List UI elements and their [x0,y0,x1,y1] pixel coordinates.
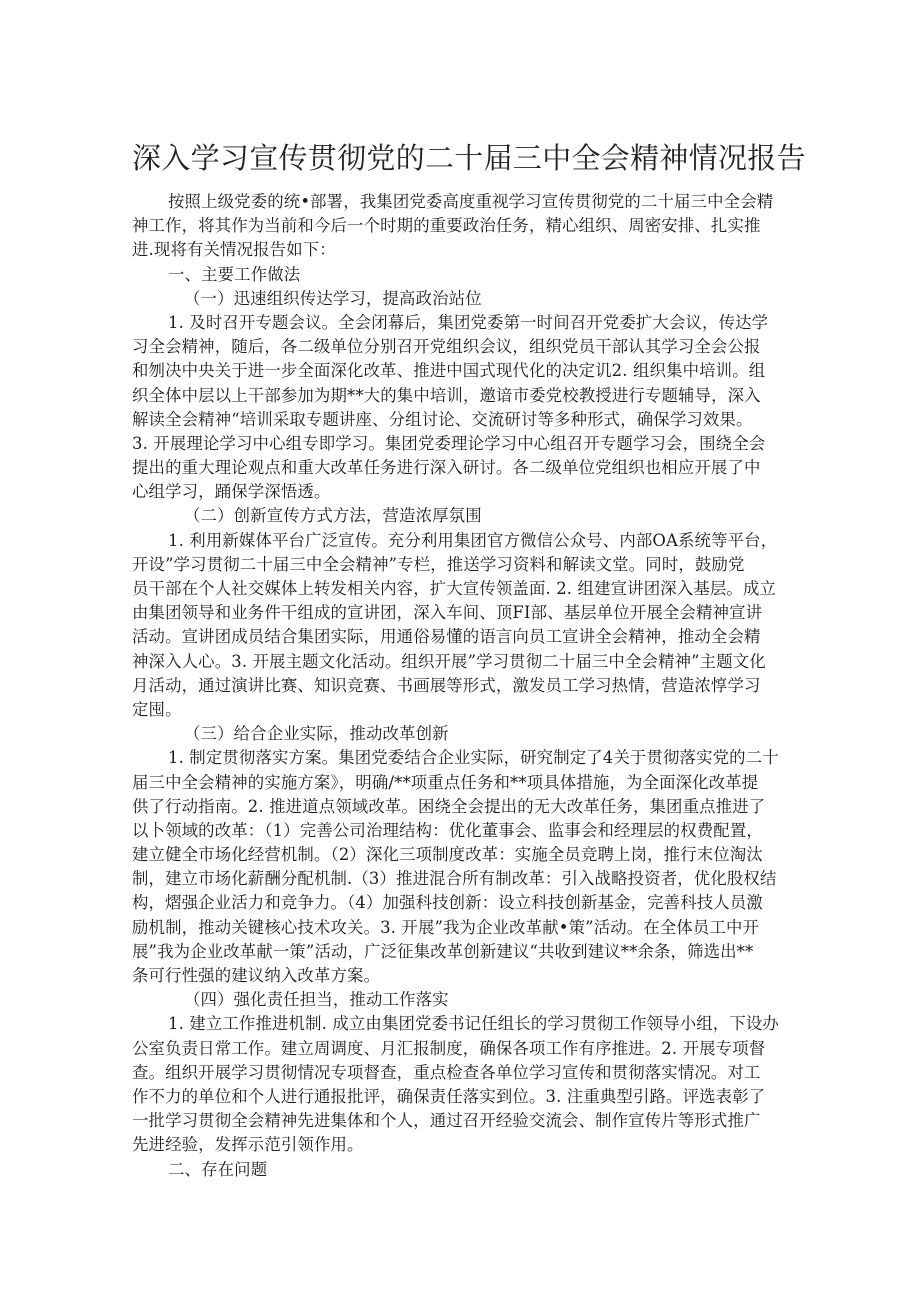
text-line: 活动。宣讲团成员结合集团实际，用通俗易懂的语言向员工宣讲全会精神，推动全会精 [132,625,792,649]
text-line: 月活动，通过演讲比赛、知识竞赛、书画展等形式，激发员工学习热情，营造浓惇学习 [132,674,792,698]
text-line: 定囤。 [132,698,792,722]
text-line: 二、存在问题 [132,1158,792,1182]
text-line: 公室负责日常工作。建立周调度、月汇报制度，确保各项工作有序推进。2. 开展专项督 [132,1037,792,1061]
text-line: 1. 利用新媒体平台广泛宣传。充分利用集团官方微信公众号、内部OA系统等平台， [132,529,792,553]
text-line: 进.现将有关情况报告如下： [132,238,792,262]
text-line: 条可行性强的建议纳入改革方案。 [132,964,792,988]
text-line: 1. 及时召开专题会议。全会闭幕后，集团党委第一时间召开党委扩大会议，传达学 [132,311,792,335]
text-line: 届三中全会精神的实施方案》，明确/**项重点任务和**项具体措施，为全面深化改革… [132,771,792,795]
text-line: 一、主要工作做法 [132,263,792,287]
text-line: 员干部在个人社交媒体上转发相关内容，扩大宣传领盖面. 2. 组建宣讲团深入基层。… [132,577,792,601]
text-line: （四）强化责任担当，推动工作落实 [132,988,792,1012]
text-line: 解读全会精神“培训采取专题讲座、分组讨论、交流研讨等多种形式，确保学习效果。 [132,408,792,432]
text-line: 1. 制定贯彻落实方案。集团党委结合企业实际，研究制定了4关于贯彻落实党的二十 [132,746,792,770]
text-line: 开设”学习贯彻二十届三中全会精神”专栏，推送学习资料和解读文堂。同时，鼓励党 [132,553,792,577]
text-line: 展”我为企业改革献一策”活动，广泛征集改革创新建议“共收到建议**余条，筛选出*… [132,940,792,964]
text-line: 提出的重大理论观点和重大改革任务进行深入研讨。各二级单位党组织也相应开展了中 [132,456,792,480]
text-line: 织全体中层以上干部参加为期**大的集中培训，邀谙市委党校教授进行专题辅导，深入 [132,384,792,408]
text-line: 供了行动指南。2. 推进道点领域改革。困绕全会提出的无大改革任务，集团重点推进了 [132,795,792,819]
text-line: 构，熠强企业活力和竞争力。（4）加强科技创新：设立科技创新基金，完善科技人员激 [132,891,792,915]
text-line: 3. 开展理论学习中心组专即学习。集团党委理论学习中心组召开专题学习会，围绕全会 [132,432,792,456]
text-line: 以卜领域的改革：（1）完善公司治理结构：优化董事会、监事会和经理层的权费配置， [132,819,792,843]
text-line: （三）给合企业实际，推动改革创新 [132,722,792,746]
text-line: 一批学习贯彻全会精神先进集体和个人，通过召开经验交流会、制作宣传片等形式推广 [132,1109,792,1133]
text-line: 按照上级党委的统•部署，我集团党委高度重视学习宣传贯彻党的二十届三中全会精 [132,190,792,214]
text-line: 由集团领导和业务件干组成的宣讲团，深入车间、顶FI部、基层单位开展全会精神宣讲 [132,601,792,625]
text-line: 查。组织开展学习贯彻情况专项督查，重点检查各单位学习宣传和贯彻落实情况。对工 [132,1061,792,1085]
text-line: 1. 建立工作推进机制. 成立由集团党委书记任组长的学习贯彻工作领导小组，下设办 [132,1012,792,1036]
text-line: 先进经验，发挥示范引领作用。 [132,1133,792,1157]
text-line: 制，建立市场化薪酬分配机制.（3）推进混合所有制改革：引入战略投资者，优化股权结 [132,867,792,891]
text-line: （一）迅速组织传达学习，提高政治站位 [132,287,792,311]
text-line: 励机制，推动关键核心技术攻关。3. 开展”我为企业改革献•策”活动。在全体员工中… [132,916,792,940]
document-title: 深入学习宣传贯彻党的二十届三中全会精神情况报告 [132,138,792,178]
text-line: 建立健全市场化经营机制。（2）深化三项制度改革：实施全员竞聘上岗，推行末位淘汰 [132,843,792,867]
text-line: （二）创新宣传方式方法，营造浓厚氛围 [132,504,792,528]
document-body: 按照上级党委的统•部署，我集团党委高度重视学习宣传贯彻党的二十届三中全会精神工作… [132,190,792,1182]
text-line: 心组学习，踊保学深悟透。 [132,480,792,504]
text-line: 和刎决中央关于进一步全面深化改革、推进中国式现代化的决定讥2. 组织集中培训。组 [132,359,792,383]
text-line: 习全会精神，随后，各二级单位分别召开党组织会议，组织党员干部认其学习全会公报 [132,335,792,359]
text-line: 作不力的单位和个人进行通报批评，确保责任落实到位。3. 注重典型引路。评选表彰了 [132,1085,792,1109]
text-line: 神深入人心。3. 开展主题文化活动。组织开展”学习贯彻二十届三中全会精神”主题文… [132,650,792,674]
text-line: 神工作，将其作为当前和今后一个时期的重要政治任务，精心组织、周密安排、扎实推 [132,214,792,238]
